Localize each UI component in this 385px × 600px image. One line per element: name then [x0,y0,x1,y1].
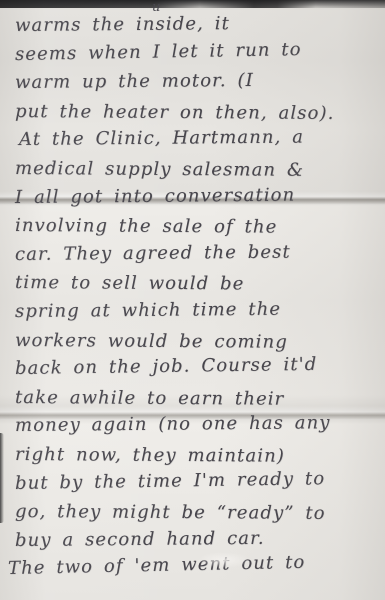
handwriting-line: workers would be coming [15,327,381,358]
handwriting-line: At the Clinic, Hartmann, a [15,123,381,155]
handwriting-line: time to sell would be [15,269,381,300]
handwriting-line: back on the job. Course it'd [15,350,381,384]
handwriting-line: take awhile to earn their [15,384,381,415]
handwriting-block: warms the inside, it seems when I let it… [15,12,381,584]
handwriting-line: The two of 'em went out to [8,547,382,583]
handwriting-line: warm up the motor. (I [15,66,381,98]
handwriting-line: go, they might be “ready” to [15,498,381,529]
handwriting-line: seems when I let it run to [15,34,381,69]
eraser-smudge [198,552,250,568]
handwriting-line: warms the inside, it [15,9,381,41]
handwriting-line: I all got into conversation [15,180,381,212]
handwriting-line: involving the sale of the [15,212,381,243]
letter-page: warms the inside, it seems when I let it… [0,0,385,600]
handwriting-line: medical supply salesman & [15,155,381,186]
handwriting-line: right now, they maintain) [15,441,381,472]
handwriting-line: buy a second hand car. [15,523,381,555]
fold-crease-lower [0,406,385,420]
handwriting-line: car. They agreed the best [15,238,381,270]
handwriting-line: put the heater on then, also). [15,98,381,129]
handwriting-line: spring at which time the [15,295,381,327]
handwriting-line: money again (no one has any [15,409,381,441]
fold-crease-upper [0,191,385,205]
handwriting-line: but by the time I'm ready to [15,464,381,498]
scan-edge-left-bottom [0,433,4,523]
caret-insertion-mark: u [152,0,160,15]
scan-edge-top [0,0,385,8]
